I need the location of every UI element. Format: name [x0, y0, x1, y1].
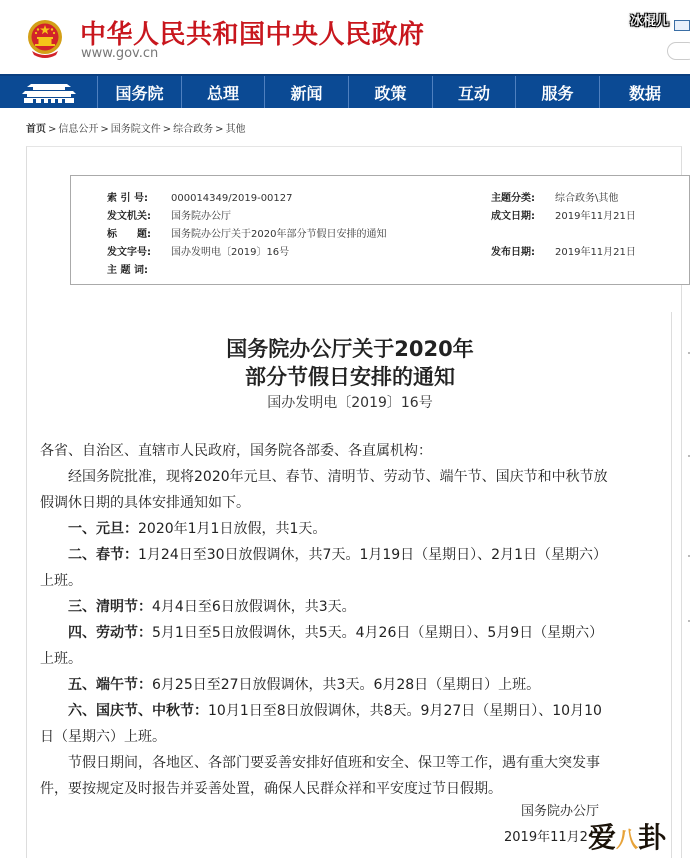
meta-label: 成文日期: — [491, 207, 555, 222]
meta-value: 000014349/2019-00127 — [171, 193, 293, 204]
holiday-text: 5月1日至5日放假调休，共5天。4月26日（星期日）、5月9日（星期六） — [152, 625, 603, 641]
holiday-heading: 五、端午节： — [68, 677, 152, 693]
document-metadata-box: 索 引 号:000014349/2019-00127 发文机关:国务院办公厅 标… — [70, 175, 690, 285]
holiday-text: 10月1日至8日放假调休，共8天。9月27日（星期日）、10月10 — [208, 703, 602, 719]
watermark-text-bottom: 爱八卦 — [588, 816, 666, 856]
meta-label: 主 题 词: — [107, 261, 171, 276]
meta-label: 发文字号: — [107, 243, 171, 258]
nav-item-premier[interactable]: 总理 — [182, 76, 265, 108]
breadcrumb: 首页>信息公开>国务院文件>综合政务>其他 — [26, 120, 246, 135]
meta-value: 综合政务\其他 — [555, 189, 618, 204]
meta-value: 国办发明电〔2019〕16号 — [171, 243, 289, 258]
holiday-item-qingming: 三、清明节：4月4日至6日放假调休，共3天。 — [40, 594, 660, 620]
holiday-text: 4月4日至6日放假调休，共3天。 — [152, 599, 356, 615]
breadcrumb-state-council-docs[interactable]: 国务院文件 — [111, 124, 161, 135]
breadcrumb-separator: > — [48, 124, 56, 135]
breadcrumb-general-affairs[interactable]: 综合政务 — [173, 124, 213, 135]
holiday-item-new-year: 一、元旦：2020年1月1日放假，共1天。 — [40, 516, 660, 542]
sidebar-divider — [671, 312, 672, 858]
breadcrumb-info-public[interactable]: 信息公开 — [58, 124, 98, 135]
nav-item-news[interactable]: 新闻 — [265, 76, 349, 108]
holiday-heading: 四、劳动节： — [68, 625, 152, 641]
holiday-text: 1月24日至30日放假调休，共7天。1月19日（星期日）、2月1日（星期六） — [138, 547, 607, 563]
holiday-item-spring-festival: 二、春节：1月24日至30日放假调休，共7天。1月19日（星期日）、2月1日（星… — [40, 542, 660, 568]
breadcrumb-other[interactable]: 其他 — [226, 124, 246, 135]
holiday-item-labor-day-cont: 上班。 — [40, 646, 660, 672]
holiday-heading: 三、清明节： — [68, 599, 152, 615]
search-input[interactable] — [667, 42, 690, 60]
breadcrumb-separator: > — [100, 124, 108, 135]
nav-home[interactable] — [0, 76, 98, 108]
holiday-item-labor-day: 四、劳动节：5月1日至5日放假调休，共5天。4月26日（星期日）、5月9日（星期… — [40, 620, 660, 646]
tiananmen-gate-icon — [21, 79, 77, 105]
holiday-item-national-day: 六、国庆节、中秋节：10月1日至8日放假调休，共8天。9月27日（星期日）、10… — [40, 698, 660, 724]
watermark-text-top: 冰棍儿 — [630, 10, 669, 29]
meta-value: 国务院办公厅 — [171, 207, 231, 222]
closing-line-1: 节假日期间，各地区、各部门要妥善安排好值班和安全、保卫等工作，遇有重大突发事 — [40, 750, 660, 776]
holiday-text: 2020年1月1日放假，共1天。 — [138, 521, 326, 537]
meta-value: 国务院办公厅关于2020年部分节假日安排的通知 — [171, 225, 386, 240]
nav-item-interaction[interactable]: 互动 — [433, 76, 516, 108]
watermark-char: 卦 — [638, 821, 666, 854]
breadcrumb-separator: > — [215, 124, 223, 135]
closing-line-2: 件，要按规定及时报告并妥善处置，确保人民群众祥和平安度过节日假期。 — [40, 776, 660, 802]
holiday-heading: 一、元旦： — [68, 521, 138, 537]
meta-label: 标 题: — [107, 225, 171, 240]
meta-written-date: 成文日期:2019年11月21日 — [491, 207, 636, 222]
meta-keywords: 主 题 词: — [107, 261, 171, 276]
meta-value: 2019年11月21日 — [555, 207, 636, 222]
mail-icon[interactable] — [674, 20, 690, 31]
breadcrumb-home[interactable]: 首页 — [26, 124, 46, 135]
document-title-line-2: 部分节假日安排的通知 — [40, 364, 660, 390]
nav-item-state-council[interactable]: 国务院 — [98, 76, 182, 108]
watermark-char: 爱 — [588, 821, 616, 854]
site-header: 中华人民共和国中央人民政府 www.gov.cn 冰棍儿 — [0, 0, 690, 74]
meta-label: 索 引 号: — [107, 189, 171, 204]
national-emblem-icon[interactable] — [26, 17, 64, 59]
holiday-item-spring-festival-cont: 上班。 — [40, 568, 660, 594]
meta-subject-category: 主题分类:综合政务\其他 — [491, 189, 618, 204]
meta-publish-date: 发布日期:2019年11月21日 — [491, 243, 636, 258]
holiday-heading: 六、国庆节、中秋节： — [68, 703, 208, 719]
main-nav: 国务院 总理 新闻 政策 互动 服务 数据 — [0, 74, 690, 108]
intro-line-2: 假调休日期的具体安排通知如下。 — [40, 490, 660, 516]
salutation: 各省、自治区、直辖市人民政府，国务院各部委、各直属机构： — [40, 438, 660, 464]
intro-line-1: 经国务院批准，现将2020年元旦、春节、清明节、劳动节、端午节、国庆节和中秋节放 — [40, 464, 660, 490]
meta-issuing-authority: 发文机关:国务院办公厅 — [107, 207, 231, 222]
holiday-heading: 二、春节： — [68, 547, 138, 563]
nav-item-data[interactable]: 数据 — [600, 76, 690, 108]
holiday-item-dragon-boat: 五、端午节：6月25日至27日放假调休，共3天。6月28日（星期日）上班。 — [40, 672, 660, 698]
breadcrumb-separator: > — [163, 124, 171, 135]
holiday-text: 6月25日至27日放假调休，共3天。6月28日（星期日）上班。 — [152, 677, 540, 693]
document-number: 国办发明电〔2019〕16号 — [40, 392, 660, 412]
document-title-line-1: 国务院办公厅关于2020年 — [40, 336, 660, 362]
nav-item-services[interactable]: 服务 — [516, 76, 600, 108]
meta-label: 主题分类: — [491, 189, 555, 204]
holiday-item-national-day-cont: 日（星期六）上班。 — [40, 724, 660, 750]
meta-value: 2019年11月21日 — [555, 243, 636, 258]
meta-index-number: 索 引 号:000014349/2019-00127 — [107, 189, 293, 204]
site-url[interactable]: www.gov.cn — [81, 46, 158, 61]
meta-document-number: 发文字号:国办发明电〔2019〕16号 — [107, 243, 289, 258]
signature-date: 2019年11月2 — [504, 826, 588, 845]
meta-label: 发文机关: — [107, 207, 171, 222]
watermark-char: 八 — [616, 827, 638, 853]
meta-label: 发布日期: — [491, 243, 555, 258]
meta-title: 标 题:国务院办公厅关于2020年部分节假日安排的通知 — [107, 225, 386, 240]
nav-item-policy[interactable]: 政策 — [349, 76, 433, 108]
